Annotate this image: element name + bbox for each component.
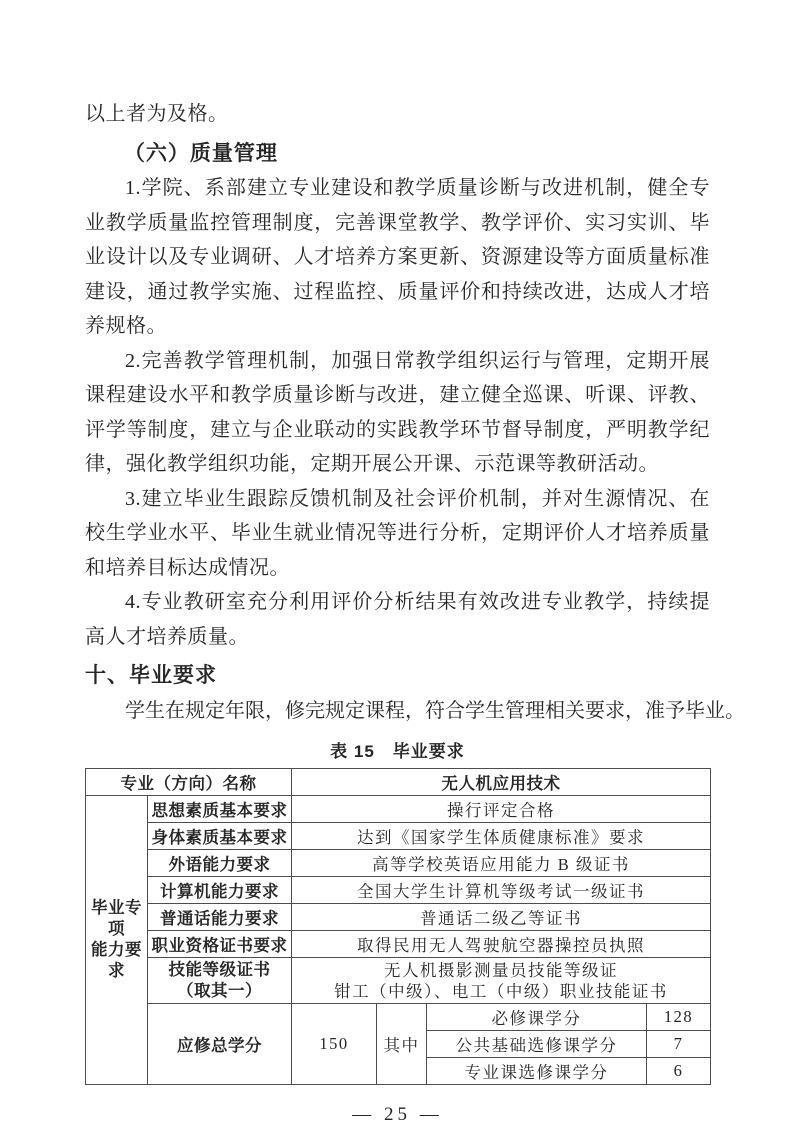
table-caption: 表 15 毕业要求	[85, 737, 710, 762]
credit-item-value: 128	[647, 1004, 711, 1031]
header-cell-major-name: 专业（方向）名称	[86, 769, 292, 796]
paragraph-continuation: 以上者为及格。	[85, 97, 710, 132]
requirement-label: 外语能力要求	[148, 850, 292, 877]
table-row-credits: 应修总学分 150 其中 必修课学分 128	[86, 1004, 711, 1031]
page-number: — 25 —	[85, 1104, 710, 1122]
requirement-label: 技能等级证书 （取其一）	[148, 958, 292, 1004]
credit-item-value: 7	[647, 1031, 711, 1058]
credit-item-label: 必修课学分	[427, 1004, 647, 1031]
requirement-label: 身体素质基本要求	[148, 823, 292, 850]
quality-paragraph-2: 2.完善教学管理机制，加强日常教学组织运行与管理，定期开展课程建设水平和教学质量…	[85, 344, 710, 482]
requirement-value: 全国大学生计算机等级考试一级证书	[292, 877, 711, 904]
table-row: 计算机能力要求 全国大学生计算机等级考试一级证书	[86, 877, 711, 904]
requirement-value: 取得民用无人驾驶航空器操控员执照	[292, 931, 711, 958]
table-row: 身体素质基本要求 达到《国家学生体质健康标准》要求	[86, 823, 711, 850]
header-cell-major-value: 无人机应用技术	[292, 769, 711, 796]
graduation-paragraph: 学生在规定年限，修完规定课程，符合学生管理相关要求，准予毕业。	[85, 694, 710, 729]
credit-item-label: 专业课选修课学分	[427, 1058, 647, 1085]
graduation-requirements-table: 专业（方向）名称 无人机应用技术 毕业专项 能力要求 思想素质基本要求 操行评定…	[85, 768, 711, 1085]
document-page: 以上者为及格。 （六）质量管理 1.学院、系部建立专业建设和教学质量诊断与改进机…	[0, 0, 793, 1122]
credits-among-cell: 其中	[377, 1004, 427, 1085]
skill-value-line-1: 无人机摄影测量员技能等级证	[294, 960, 708, 981]
skill-value-line-2: 钳工（中级）、电工（中级）职业技能证书	[294, 981, 708, 1002]
credits-label-cell: 应修总学分	[148, 1004, 292, 1085]
quality-paragraph-4: 4.专业教研室充分利用评价分析结果有效改进专业教学，持续提高人才培养质量。	[85, 585, 710, 654]
group-label-line-2: 能力要求	[88, 940, 145, 982]
quality-paragraph-1: 1.学院、系部建立专业建设和教学质量诊断与改进机制，健全专业教学质量监控管理制度…	[85, 171, 710, 344]
table-row: 普通话能力要求 普通话二级乙等证书	[86, 904, 711, 931]
group-label-line-1: 毕业专项	[88, 898, 145, 940]
requirement-value: 操行评定合格	[292, 796, 711, 823]
skill-label-line-1: 技能等级证书	[150, 960, 289, 981]
requirement-value: 普通话二级乙等证书	[292, 904, 711, 931]
requirement-label: 普通话能力要求	[148, 904, 292, 931]
requirement-value: 无人机摄影测量员技能等级证 钳工（中级）、电工（中级）职业技能证书	[292, 958, 711, 1004]
requirement-label: 计算机能力要求	[148, 877, 292, 904]
group-label-cell: 毕业专项 能力要求	[86, 796, 148, 1085]
section-heading-graduation-requirements: 十、毕业要求	[85, 659, 710, 694]
quality-paragraph-3: 3.建立毕业生跟踪反馈机制及社会评价机制，并对生源情况、在校生学业水平、毕业生就…	[85, 482, 710, 586]
table-row: 毕业专项 能力要求 思想素质基本要求 操行评定合格	[86, 796, 711, 823]
table-row: 职业资格证书要求 取得民用无人驾驶航空器操控员执照	[86, 931, 711, 958]
requirement-label: 思想素质基本要求	[148, 796, 292, 823]
credit-item-value: 6	[647, 1058, 711, 1085]
requirement-value: 达到《国家学生体质健康标准》要求	[292, 823, 711, 850]
table-row-skill-certificate: 技能等级证书 （取其一） 无人机摄影测量员技能等级证 钳工（中级）、电工（中级）…	[86, 958, 711, 1004]
requirement-value: 高等学校英语应用能力 B 级证书	[292, 850, 711, 877]
table-header-row: 专业（方向）名称 无人机应用技术	[86, 769, 711, 796]
skill-label-line-2: （取其一）	[150, 981, 289, 1002]
table-row: 外语能力要求 高等学校英语应用能力 B 级证书	[86, 850, 711, 877]
credit-item-label: 公共基础选修课学分	[427, 1031, 647, 1058]
credits-total-cell: 150	[292, 1004, 377, 1085]
requirement-label: 职业资格证书要求	[148, 931, 292, 958]
section-heading-quality-management: （六）质量管理	[85, 137, 710, 172]
